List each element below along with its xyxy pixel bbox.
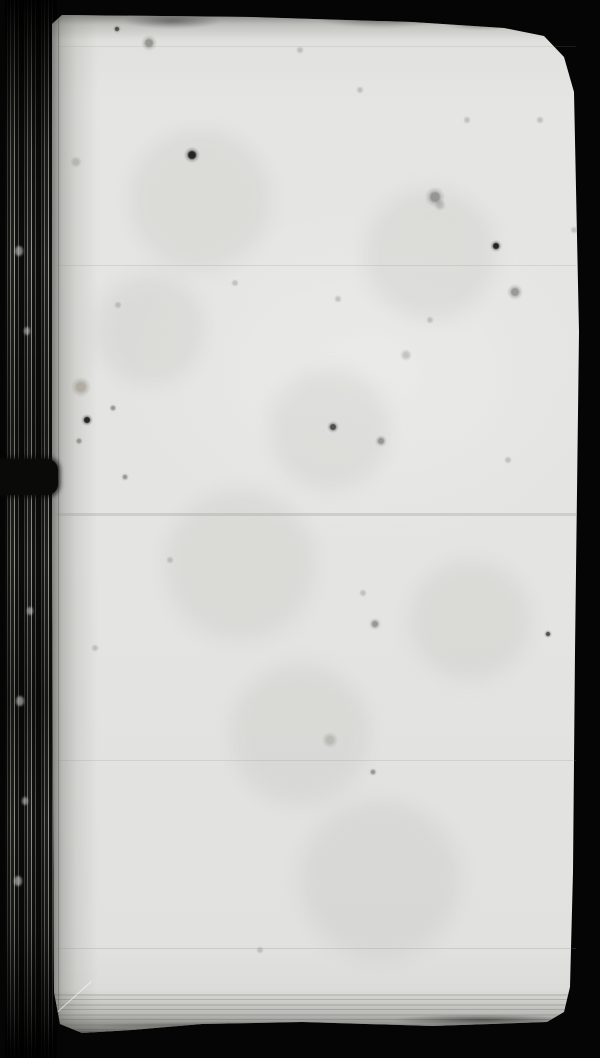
page-top-edge-shading <box>52 12 579 40</box>
edge-fleck <box>14 876 22 886</box>
edge-fleck <box>27 607 33 615</box>
page-bottom-edge-shading <box>52 990 579 1036</box>
edge-fleck <box>22 797 28 805</box>
edge-fleck <box>24 327 30 335</box>
binding-tab <box>0 459 58 495</box>
edge-fleck <box>15 246 23 256</box>
gutter-crease-line <box>58 18 59 1028</box>
book-leaf-edges <box>5 0 57 1058</box>
scanned-book-photo <box>0 0 600 1058</box>
blank-book-page <box>52 12 579 1036</box>
edge-fleck <box>16 696 24 706</box>
